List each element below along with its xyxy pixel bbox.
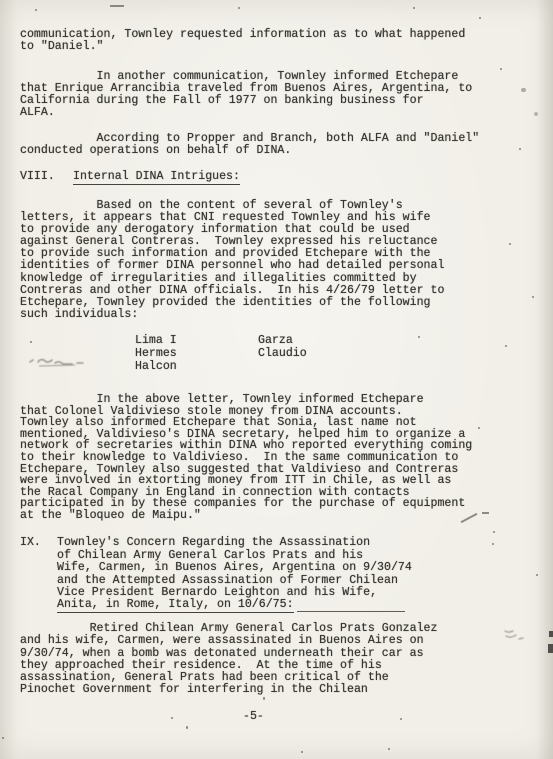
scan-speck: [388, 748, 390, 750]
section-viii-heading-text: Internal DINA Intrigues:: [73, 170, 240, 185]
body-paragraph-4: Based on the content of several of Townl…: [20, 200, 444, 321]
scan-speck: [500, 68, 502, 70]
scan-speck: [2, 737, 4, 739]
scan-speck: [400, 718, 402, 720]
handwritten-smudge: [26, 353, 86, 369]
section-ix-numeral: IX.: [20, 537, 41, 549]
section-viii-numeral: VIII.: [20, 171, 55, 183]
scan-speck: [479, 17, 481, 19]
body-paragraph-1: communication, Townley requested informa…: [20, 29, 465, 52]
scan-speck: [186, 726, 188, 729]
scan-speck: [171, 717, 173, 719]
scan-speck: [301, 751, 303, 753]
scan-speck: [492, 543, 494, 545]
section-ix-heading-underlined-text: Anita, in Rome, Italy, on 10/6/75:: [57, 598, 294, 613]
body-paragraph-3: According to Propper and Branch, both AL…: [20, 133, 479, 156]
code-name-column-right: Garza Claudio: [258, 334, 307, 360]
section-ix-heading-body: Townley's Concern Regarding the Assassin…: [57, 537, 412, 600]
fold-mark-dash: [482, 512, 489, 514]
page-edge-mark: [549, 631, 553, 637]
body-paragraph-5: In the above letter, Townley informed Et…: [20, 394, 472, 522]
scan-smudge-scribble: [502, 626, 528, 642]
scan-speck: [30, 341, 32, 343]
scan-dash: [110, 5, 124, 7]
section-ix-heading-underlined-line: Anita, in Rome, Italy, on 10/6/75:: [57, 599, 294, 611]
scan-speck: [493, 531, 495, 533]
scan-speck: [263, 697, 265, 700]
scan-speck: [505, 345, 507, 347]
heading-underline-extension: [297, 611, 405, 612]
scan-speck: [35, 9, 37, 11]
scan-speck: [532, 296, 534, 298]
body-paragraph-2: In another communication, Townley inform…: [20, 71, 472, 119]
scan-speck: [418, 336, 420, 338]
scan-smudge-cluster: [521, 88, 526, 92]
section-viii-heading: Internal DINA Intrigues:: [73, 171, 240, 183]
scan-smudge-cluster: [534, 112, 538, 116]
body-paragraph-6: Retired Chilean Army General Carlos Prat…: [20, 623, 437, 697]
scan-speck: [238, 7, 240, 9]
scan-speck: [413, 7, 415, 9]
scan-speck: [509, 243, 511, 245]
code-name-column-left: Lima I Hermes Halcon: [135, 334, 177, 374]
scanned-document-page: communication, Townley requested informa…: [0, 0, 553, 759]
scan-speck: [536, 574, 538, 576]
page-number: -5-: [243, 711, 264, 723]
scan-speck: [478, 427, 480, 429]
scan-speck: [519, 148, 521, 150]
page-edge-mark: [548, 644, 553, 653]
